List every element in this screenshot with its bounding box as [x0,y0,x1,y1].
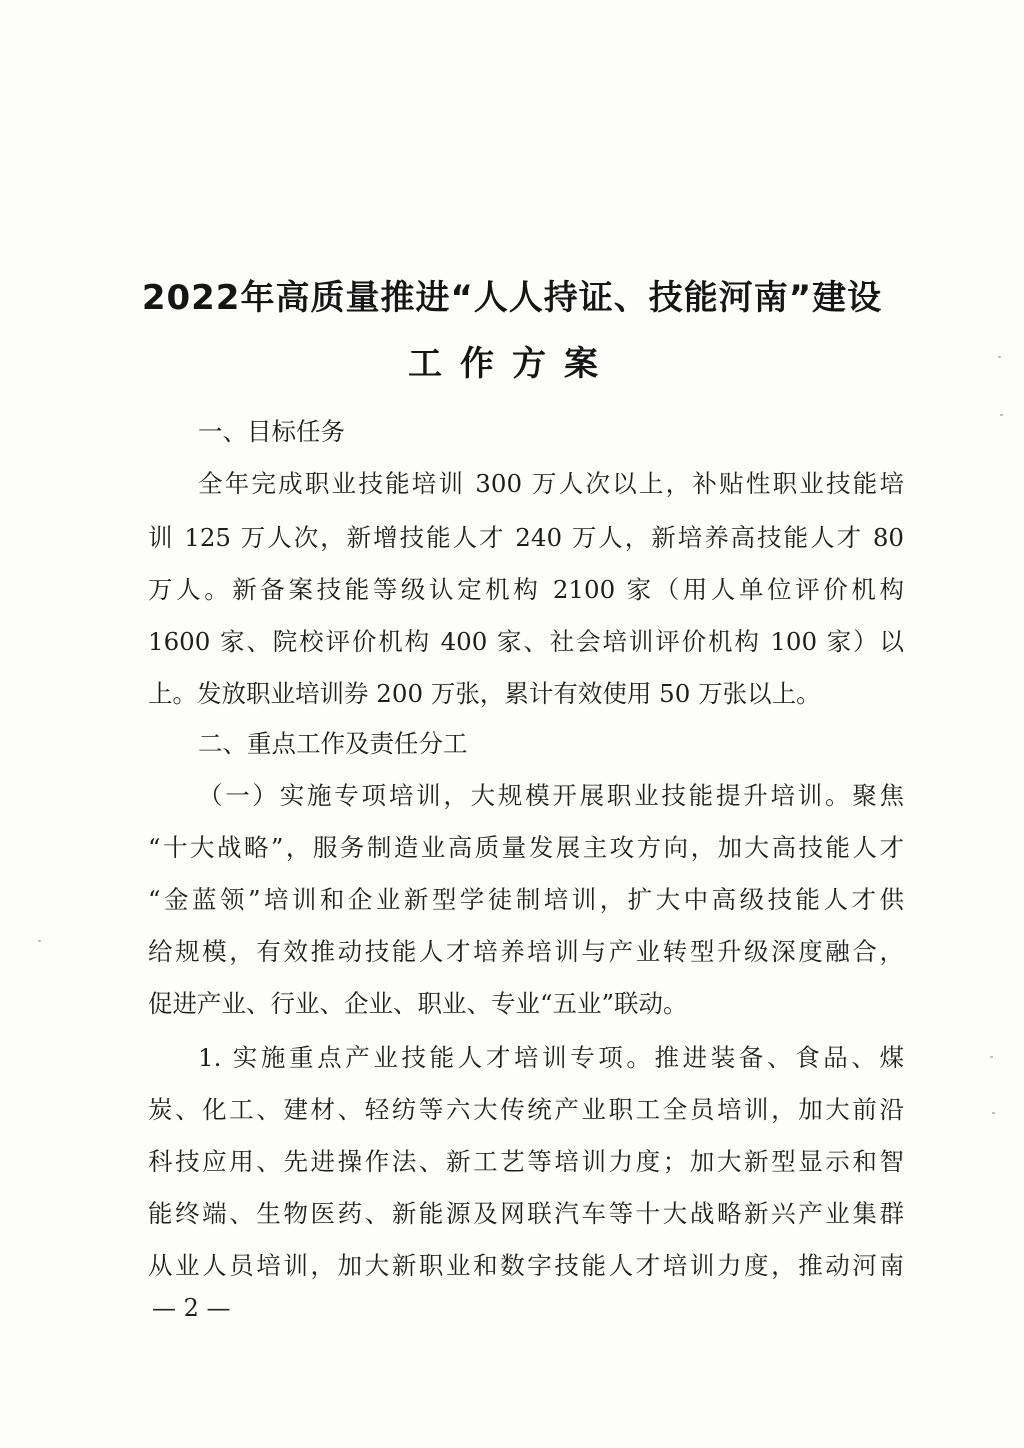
paragraph-line: 万人。新备案技能等级认定机构 2100 家（用人单位评价机构 [148,572,904,608]
paragraph-line: 上。发放职业培训券 200 万张，累计有效使用 50 万张以上。 [148,676,904,712]
scan-speck [1000,414,1003,416]
paragraph-line: 1600 家、院校评价机构 400 家、社会培训评价机构 100 家）以 [148,624,904,660]
paragraph-line: 炭、化工、建材、轻纺等六大传统产业职工全员培训，加大前沿 [148,1092,904,1128]
paragraph-line: 1. 实施重点产业技能人才培训专项。推进装备、食品、煤 [198,1040,904,1076]
paragraph-line: 能终端、生物医药、新能源及网联汽车等十大战略新兴产业集群 [148,1196,904,1232]
paragraph-line: 科技应用、先进操作法、新工艺等培训力度；加大新型显示和智 [148,1144,904,1180]
paragraph-line: 从业人员培训，加大新职业和数字技能人才培训力度，推动河南 [148,1248,904,1284]
section2-heading: 二、重点工作及责任分工 [198,726,468,762]
paragraph-line: 促进产业、行业、企业、职业、专业“五业”联动。 [148,986,904,1022]
paragraph-line: 给规模，有效推动技能人才培养培训与产业转型升级深度融合， [148,934,904,970]
document-page: 2022年高质量推进“人人持证、技能河南”建设 工作方案 一、目标任务 全年完成… [0,0,1024,1448]
scan-speck [998,356,1001,358]
paragraph-line: （一）实施专项培训，大规模开展职业技能提升培训。聚焦 [198,778,904,814]
paragraph-line: “金蓝领”培训和企业新型学徒制培训，扩大中高级技能人才供 [148,882,904,918]
scan-speck [990,1056,993,1058]
document-title-line1: 2022年高质量推进“人人持证、技能河南”建设 [0,270,1024,319]
paragraph-line: 训 125 万人次，新增技能人才 240 万人，新培养高技能人才 80 [148,520,904,556]
paragraph-line: “十大战略”，服务制造业高质量发展主攻方向，加大高技能人才 [148,830,904,866]
page-number: — 2 — [152,1290,231,1326]
paragraph-line: 全年完成职业技能培训 300 万人次以上，补贴性职业技能培 [198,466,904,502]
scan-speck [992,1112,995,1114]
document-title-line2: 工作方案 [0,336,1024,385]
section1-heading: 一、目标任务 [198,414,345,450]
scan-speck [38,940,41,942]
